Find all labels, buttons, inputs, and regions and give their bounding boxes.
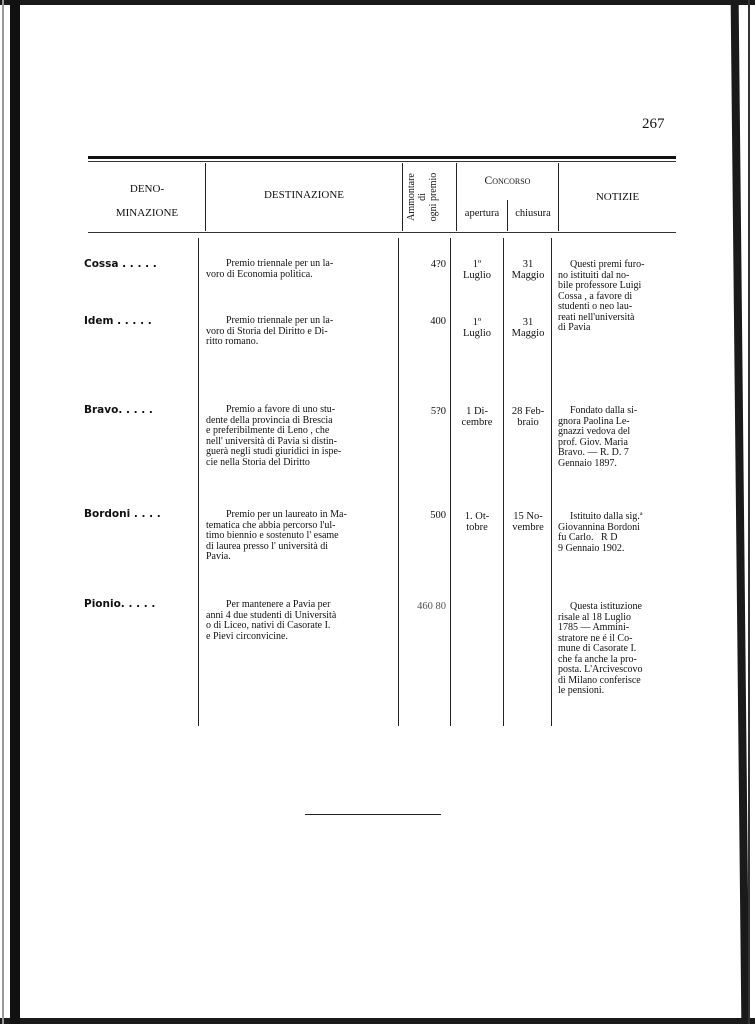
header-denominazione-line1: DENO- [94, 177, 200, 201]
dest-line: guerà negli studi giuridici in ispe- [206, 447, 394, 458]
body-divider-4 [503, 238, 504, 726]
row-idem-ammontare: 400 [402, 316, 446, 327]
header-apertura: apertura [457, 208, 507, 219]
table-top-rule [88, 156, 676, 159]
note-text: Questi premi furo- [570, 259, 644, 270]
header-denominazione-line2: MINAZIONE [94, 201, 200, 225]
row-bravo-ammontare: 5?0 [402, 406, 446, 417]
header-chiusura: chiusura [508, 208, 558, 219]
header-destinazione: DESTINAZIONE [206, 189, 402, 201]
date-line: Maggio [504, 328, 552, 339]
date-line: braio [504, 417, 552, 428]
row-bordoni-destinazione: Premio per un laureato in Ma- tematica c… [206, 510, 394, 563]
page-edge-right-outer [748, 0, 750, 1024]
note-line: Gennaio 1897. [558, 459, 674, 470]
closing-rule [305, 814, 441, 815]
body-divider-3 [450, 238, 451, 726]
note-text: Fondato dalla si- [570, 405, 637, 416]
body-divider-2 [398, 238, 399, 726]
note-line: Fondato dalla si- [558, 406, 674, 417]
row-pionio-destinazione: Per mantenere a Pavia per anni 4 due stu… [206, 600, 394, 642]
body-divider-1 [198, 238, 199, 726]
dest-line: voro di Economia politica. [206, 270, 394, 281]
row-cossa-ammontare: 4?0 [402, 259, 446, 270]
note-line: Questi premi furo- [558, 260, 674, 271]
note-line: Istituito dalla sig.ª [558, 512, 674, 523]
row-cossa-destinazione: Premio triennale per un la- voro di Econ… [206, 259, 394, 280]
dest-line: di laurea presso l' università di [206, 542, 394, 553]
header-ammontare: Ammontare di ogni premio [406, 164, 439, 230]
row-cossa-apertura: 1º Luglio [452, 259, 502, 281]
header-ammontare-line1: Ammontare [406, 164, 417, 230]
date-line: 1. Ot- [452, 511, 502, 522]
header-notizie: NOTIZIE [559, 191, 676, 203]
dest-line: e Pievi circonvicine. [206, 632, 394, 643]
date-line: tobre [452, 522, 502, 533]
dest-line: Premio a favore di uno stu- [206, 405, 394, 416]
row-bravo-notizie: Fondato dalla si- gnora Paolina Le- gnaz… [558, 406, 674, 469]
dest-text: Premio per un laureato in Ma- [226, 509, 347, 520]
header-denominazione: DENO- MINAZIONE [94, 177, 200, 225]
note-line: 1785 — Ammini- [558, 623, 674, 634]
dest-text: Premio triennale per un la- [226, 315, 333, 326]
dest-line: e preferibilmente di Leno , che [206, 426, 394, 437]
dest-line: Per mantenere a Pavia per [206, 600, 394, 611]
row-bordoni-apertura: 1. Ot- tobre [452, 511, 502, 533]
date-line: Maggio [504, 270, 552, 281]
note-line: 9 Gennaio 1902. [558, 544, 674, 555]
note-line: studenti o neo lau- [558, 302, 674, 313]
row-idem-destinazione: Premio triennale per un la- voro di Stor… [206, 316, 394, 348]
header-ammontare-line2: di [417, 164, 428, 230]
note-line: mune di Casorate I. [558, 644, 674, 655]
note-line: Questa istituzione [558, 602, 674, 613]
date-line: Luglio [452, 328, 502, 339]
row-bordoni-notizie: Istituito dalla sig.ª Giovannina Bordoni… [558, 512, 674, 554]
row-idem-name: Idem . . . . . [84, 315, 152, 327]
dest-line: Premio triennale per un la- [206, 259, 394, 270]
header-divider-2 [402, 163, 403, 231]
date-line: 31 [504, 259, 552, 270]
row-bravo-destinazione: Premio a favore di uno stu- dente della … [206, 405, 394, 468]
note-line: bile professore Luigi [558, 281, 674, 292]
row-bravo-apertura: 1 Di- cembre [452, 406, 502, 428]
date-line: 28 Feb- [504, 406, 552, 417]
page-edge-top [0, 0, 755, 5]
page-number: 267 [642, 116, 665, 133]
row-pionio-ammontare: 460 80 [402, 601, 446, 612]
date-line: 15 No- [504, 511, 552, 522]
dest-text: Premio a favore di uno stu- [226, 404, 335, 415]
date-line: 1º [452, 317, 502, 328]
date-line: Luglio [452, 270, 502, 281]
row-bravo-name: Bravo. . . . . [84, 404, 153, 416]
date-line: cembre [452, 417, 502, 428]
page-edge-bottom [0, 1018, 755, 1024]
note-line: gnazzi vedova del [558, 427, 674, 438]
row-pionio-name: Pionio. . . . . [84, 598, 155, 610]
note-line: Bravo. — R. D. 7 [558, 448, 674, 459]
row-cossa-chiusura: 31 Maggio [504, 259, 552, 281]
row-idem-chiusura: 31 Maggio [504, 317, 552, 339]
dest-text: Per mantenere a Pavia per [226, 599, 330, 610]
date-line: 31 [504, 317, 552, 328]
dest-line: timo biennio e sostenuto l' esame [206, 531, 394, 542]
body-divider-5 [551, 238, 552, 726]
row-bordoni-name: Bordoni . . . . [84, 508, 161, 520]
note-line: le pensioni. [558, 686, 674, 697]
date-line: vembre [504, 522, 552, 533]
date-line: 1 Di- [452, 406, 502, 417]
row-cossa-notizie: Questi premi furo- no istituiti dal no- … [558, 260, 674, 334]
header-ammontare-line3: ogni premio [428, 164, 439, 230]
dest-line: ritto romano. [206, 337, 394, 348]
table-top-rule-thin [88, 161, 676, 162]
page-edge-left-binding [10, 0, 20, 1024]
dest-line: Premio triennale per un la- [206, 316, 394, 327]
note-line: fu Carlo. R D [558, 533, 674, 544]
note-text: Istituito dalla sig.ª [570, 511, 642, 522]
date-line: 1º [452, 259, 502, 270]
row-cossa-name: Cossa . . . . . [84, 258, 157, 270]
dest-line: Pavia. [206, 552, 394, 563]
note-line: posta. L'Arcivescovo [558, 665, 674, 676]
row-pionio-notizie: Questa istituzione risale al 18 Luglio 1… [558, 602, 674, 697]
row-bordoni-chiusura: 15 No- vembre [504, 511, 552, 533]
page-edge-left-outer [2, 0, 4, 1024]
row-bordoni-ammontare: 500 [402, 510, 446, 521]
dest-line: Premio per un laureato in Ma- [206, 510, 394, 521]
dest-line: o di Liceo, nativi di Casorate I. [206, 621, 394, 632]
page-edge-right [731, 0, 750, 1024]
note-line: di Pavia [558, 323, 674, 334]
dest-text: Premio triennale per un la- [226, 258, 333, 269]
header-bottom-rule [88, 232, 676, 233]
row-idem-apertura: 1º Luglio [452, 317, 502, 339]
header-concorso: Concorso [457, 175, 558, 187]
header-divider-3 [456, 163, 457, 231]
note-text: Questa istituzione [570, 601, 642, 612]
dest-line: cie nella Storia del Diritto [206, 458, 394, 469]
row-bravo-chiusura: 28 Feb- braio [504, 406, 552, 428]
